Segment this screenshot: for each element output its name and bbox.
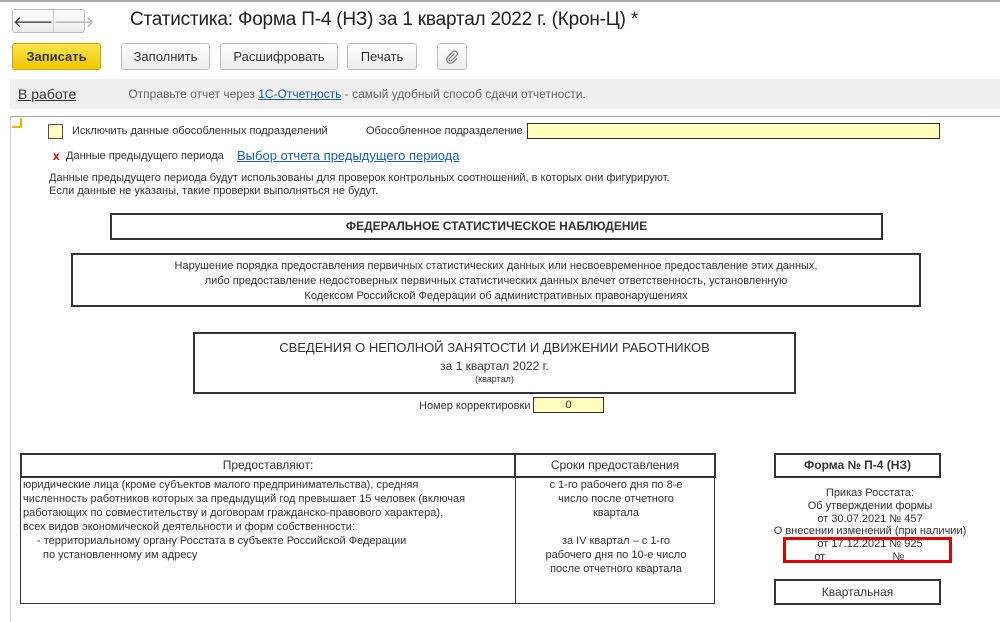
deadlines-line: с 1-го рабочего дня по 8-е [517,478,715,492]
content-left-border [10,116,11,622]
status-message: Отправьте отчет через 1С-Отчетность - са… [128,87,585,101]
warning-box: Нарушение порядка предоставления первичн… [71,253,921,307]
deadlines-line: рабочего дня по 10-е число [517,548,715,562]
providers-line: юридические лица (кроме субъектов малого… [23,478,513,492]
subdivision-input[interactable] [527,123,940,139]
status-link[interactable]: В работе [18,86,76,102]
providers-line: по установленному им адресу [23,548,513,562]
deadlines-line [517,520,715,534]
prev-period-label: Данные предыдущего периода [66,150,224,162]
status-bar: В работе Отправьте отчет через 1С-Отчетн… [10,79,1000,109]
fill-button[interactable]: Заполнить [121,43,210,70]
providers-line: - территориальному органу Росстата в суб… [23,534,513,548]
forward-button[interactable]: 🡒 [54,10,94,32]
note-line-2: Если данные не указаны, такие проверки в… [49,185,378,197]
window-title: Статистика: Форма П-4 (НЗ) за 1 квартал … [130,9,638,31]
warning-line: Кодексом Российской Федерации об админис… [73,289,919,304]
subdivision-label: Обособленное подразделение [366,125,523,137]
status-message-prefix: Отправьте отчет через [128,87,258,101]
info-title: СВЕДЕНИЯ О НЕПОЛНОЙ ЗАНЯТОСТИ И ДВИЖЕНИИ… [195,340,794,355]
window-top-border [0,0,1000,2]
arrow-right-icon: 🡒 [54,12,94,31]
federal-title: ФЕДЕРАЛЬНОЕ СТАТИСТИЧЕСКОЕ НАБЛЮДЕНИЕ [110,213,883,240]
periodicity: Квартальная [774,579,941,605]
highlight-annotation [783,537,952,563]
order-line: от 30.07.2021 № 457 [740,513,1000,526]
exclude-subdivisions-label: Исключить данные обособленных подразделе… [72,125,328,137]
status-message-suffix: - самый удобный способ сдачи отчетности. [341,87,585,101]
info-box: СВЕДЕНИЯ О НЕПОЛНОЙ ЗАНЯТОСТИ И ДВИЖЕНИИ… [193,332,796,394]
column-divider [515,478,516,603]
exclude-subdivisions-checkbox[interactable] [48,124,63,139]
deadlines-line: за IV квартал – с 1-го [517,534,715,548]
save-button[interactable]: Записать [12,43,101,70]
table-header-providers: Предоставляют: [20,453,516,478]
order-line: Приказ Росстата: [740,487,1000,500]
cell-corner-marker [12,118,22,128]
form-number: Форма № П-4 (НЗ) [774,453,941,478]
warning-line: Нарушение порядка предоставления первичн… [73,259,919,274]
arrow-left-icon: 🡐 [13,12,53,31]
providers-line: работающих по совместительству и договор… [23,506,513,520]
back-button[interactable]: 🡐 [13,10,54,32]
providers-line: всех видов экономической деятельности и … [23,520,513,534]
reporting-service-link[interactable]: 1С-Отчетность [258,87,341,101]
prev-period-link[interactable]: Выбор отчета предыдущего периода [237,148,459,163]
order-line: Об утверждении формы [740,500,1000,513]
deadlines-cell: с 1-го рабочего дня по 8-е число после о… [517,478,715,576]
decode-button[interactable]: Расшифровать [220,43,338,70]
providers-table: Предоставляют: Сроки предоставления юрид… [20,453,715,604]
deadlines-line: после отчетного квартала [517,562,715,576]
providers-cell: юридические лица (кроме субъектов малого… [23,478,513,562]
attach-button[interactable] [437,43,467,70]
content-top-border [10,116,1000,117]
correction-label: Номер корректировки [419,400,530,412]
table-header-deadlines: Сроки предоставления [514,453,716,478]
deadlines-line: квартала [517,506,715,520]
info-period-caption: (квартал) [195,374,794,384]
providers-line: численность работников которых за предыд… [23,492,513,506]
print-button[interactable]: Печать [347,43,417,70]
navigation-buttons: 🡐 🡒 [12,9,85,33]
correction-input[interactable]: 0 [533,397,604,413]
clear-icon[interactable]: x [53,149,60,163]
paperclip-icon [445,50,459,64]
warning-line: либо предоставление недостоверных первич… [73,274,919,289]
info-period: за 1 квартал 2022 г. [195,359,794,373]
deadlines-line: число после отчетного [517,492,715,506]
note-line-1: Данные предыдущего периода будут использ… [49,172,670,184]
